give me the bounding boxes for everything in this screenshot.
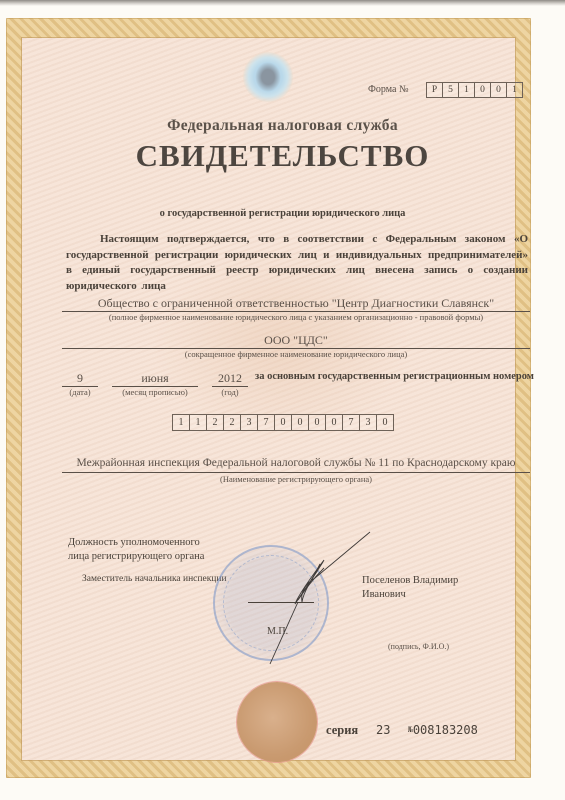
entity-full-name-caption: (полное фирменное наименование юридическ… xyxy=(62,312,530,322)
ogrn-digit-cell: 7 xyxy=(343,415,360,430)
registration-number-text: за основным государственным регистрацион… xyxy=(255,371,534,382)
series-label: серия xyxy=(326,723,358,738)
form-code-cell: 0 xyxy=(491,83,507,97)
position-label-line2: лица регистрирующего органа xyxy=(68,550,204,564)
position-label-line1: Должность уполномоченного xyxy=(68,536,204,550)
ogrn-digit-cell: 7 xyxy=(258,415,275,430)
scan-edge xyxy=(0,0,565,6)
ogrn-digit-cell: 0 xyxy=(275,415,292,430)
ogrn-digit-cell: 0 xyxy=(309,415,326,430)
entity-full-name: Общество с ограниченной ответственностью… xyxy=(62,296,530,312)
registration-year-caption: (год) xyxy=(212,387,248,397)
intro-paragraph: Настоящим подтверждается, что в соответс… xyxy=(66,232,528,294)
ogrn-cells: 1122370000730 xyxy=(172,414,394,431)
ogrn-digit-cell: 0 xyxy=(292,415,309,430)
entity-short-name: ООО "ЦДС" xyxy=(62,333,530,349)
ogrn-digit-cell: 3 xyxy=(360,415,377,430)
entity-short-name-caption: (сокращенное фирменное наименование юрид… xyxy=(62,349,530,359)
form-code-cell: 1 xyxy=(459,83,475,97)
ogrn-digit-cell: 2 xyxy=(207,415,224,430)
form-code-cell: 5 xyxy=(443,83,459,97)
signature-caption: (подпись, Ф.И.О.) xyxy=(388,642,449,651)
ogrn-digit-cell: 3 xyxy=(241,415,258,430)
form-code-cells: Р51001 xyxy=(426,82,523,98)
signer-name: Поселенов Владимир Иванович xyxy=(362,574,458,602)
form-label: Форма № xyxy=(368,84,409,95)
ogrn-digit-cell: 0 xyxy=(326,415,343,430)
form-code-cell: 0 xyxy=(475,83,491,97)
service-name: Федеральная налоговая служба xyxy=(0,117,565,135)
hologram-emblem-icon xyxy=(243,52,293,102)
intro-text: Настоящим подтверждается, что в соответс… xyxy=(66,233,528,292)
form-code-cell: Р xyxy=(427,83,443,97)
ogrn-digit-cell: 1 xyxy=(190,415,207,430)
certificate-number-value: 008183208 xyxy=(413,723,478,737)
signature-icon xyxy=(220,530,380,670)
series-value: 23 xyxy=(376,723,390,737)
ogrn-digit-cell: 1 xyxy=(173,415,190,430)
position-label: Должность уполномоченного лица регистрир… xyxy=(68,536,204,564)
gold-seal-icon xyxy=(237,682,317,762)
document-title: СВИДЕТЕЛЬСТВО xyxy=(0,138,565,174)
registration-month: июня xyxy=(112,371,198,387)
document-subtitle: о государственной регистрации юридическо… xyxy=(0,208,565,219)
registration-month-caption: (месяц прописью) xyxy=(112,387,198,397)
registering-authority: Межрайонная инспекция Федеральной налого… xyxy=(62,457,530,473)
registering-authority-caption: (Наименование регистрирующего органа) xyxy=(62,474,530,484)
ogrn-digit-cell: 0 xyxy=(377,415,393,430)
signer-position: Заместитель начальника инспекции xyxy=(82,574,227,584)
registration-day: 9 xyxy=(62,371,98,387)
signer-name-line2: Иванович xyxy=(362,588,458,602)
certificate-number: №008183208 xyxy=(408,723,478,737)
ogrn-digit-cell: 2 xyxy=(224,415,241,430)
form-code-cell: 1 xyxy=(507,83,522,97)
registration-year: 2012 xyxy=(212,371,248,387)
signer-name-line1: Поселенов Владимир xyxy=(362,574,458,588)
registration-day-caption: (дата) xyxy=(62,387,98,397)
